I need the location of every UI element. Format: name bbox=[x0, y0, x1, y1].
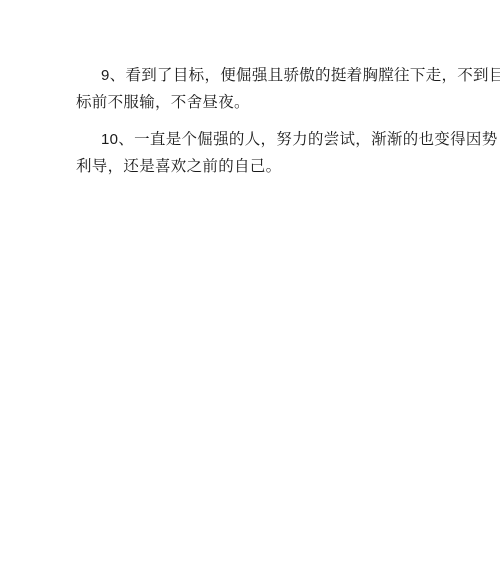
paragraph-10: 10、一直是个倔强的人，努力的尝试，渐渐的也变得因势 利导，还是喜欢之前的自己。 bbox=[76, 126, 426, 179]
paragraph-line: 标前不服输，不舍昼夜。 bbox=[76, 89, 426, 115]
paragraph-9: 9、看到了目标，便倔强且骄傲的挺着胸膛往下走，不到目 标前不服输，不舍昼夜。 bbox=[76, 62, 426, 115]
paragraph-line: 10、一直是个倔强的人，努力的尝试，渐渐的也变得因势 bbox=[76, 126, 426, 153]
paragraph-number: 10 bbox=[101, 131, 118, 148]
paragraph-line: 9、看到了目标，便倔强且骄傲的挺着胸膛往下走，不到目 bbox=[76, 62, 426, 89]
paragraph-text: 、一直是个倔强的人，努力的尝试，渐渐的也变得因势 bbox=[118, 130, 497, 148]
paragraph-number: 9 bbox=[101, 67, 110, 84]
document-page: 9、看到了目标，便倔强且骄傲的挺着胸膛往下走，不到目 标前不服输，不舍昼夜。 1… bbox=[76, 62, 426, 190]
paragraph-text: 、看到了目标，便倔强且骄傲的挺着胸膛往下走，不到目 bbox=[110, 66, 500, 84]
paragraph-line: 利导，还是喜欢之前的自己。 bbox=[76, 153, 426, 179]
